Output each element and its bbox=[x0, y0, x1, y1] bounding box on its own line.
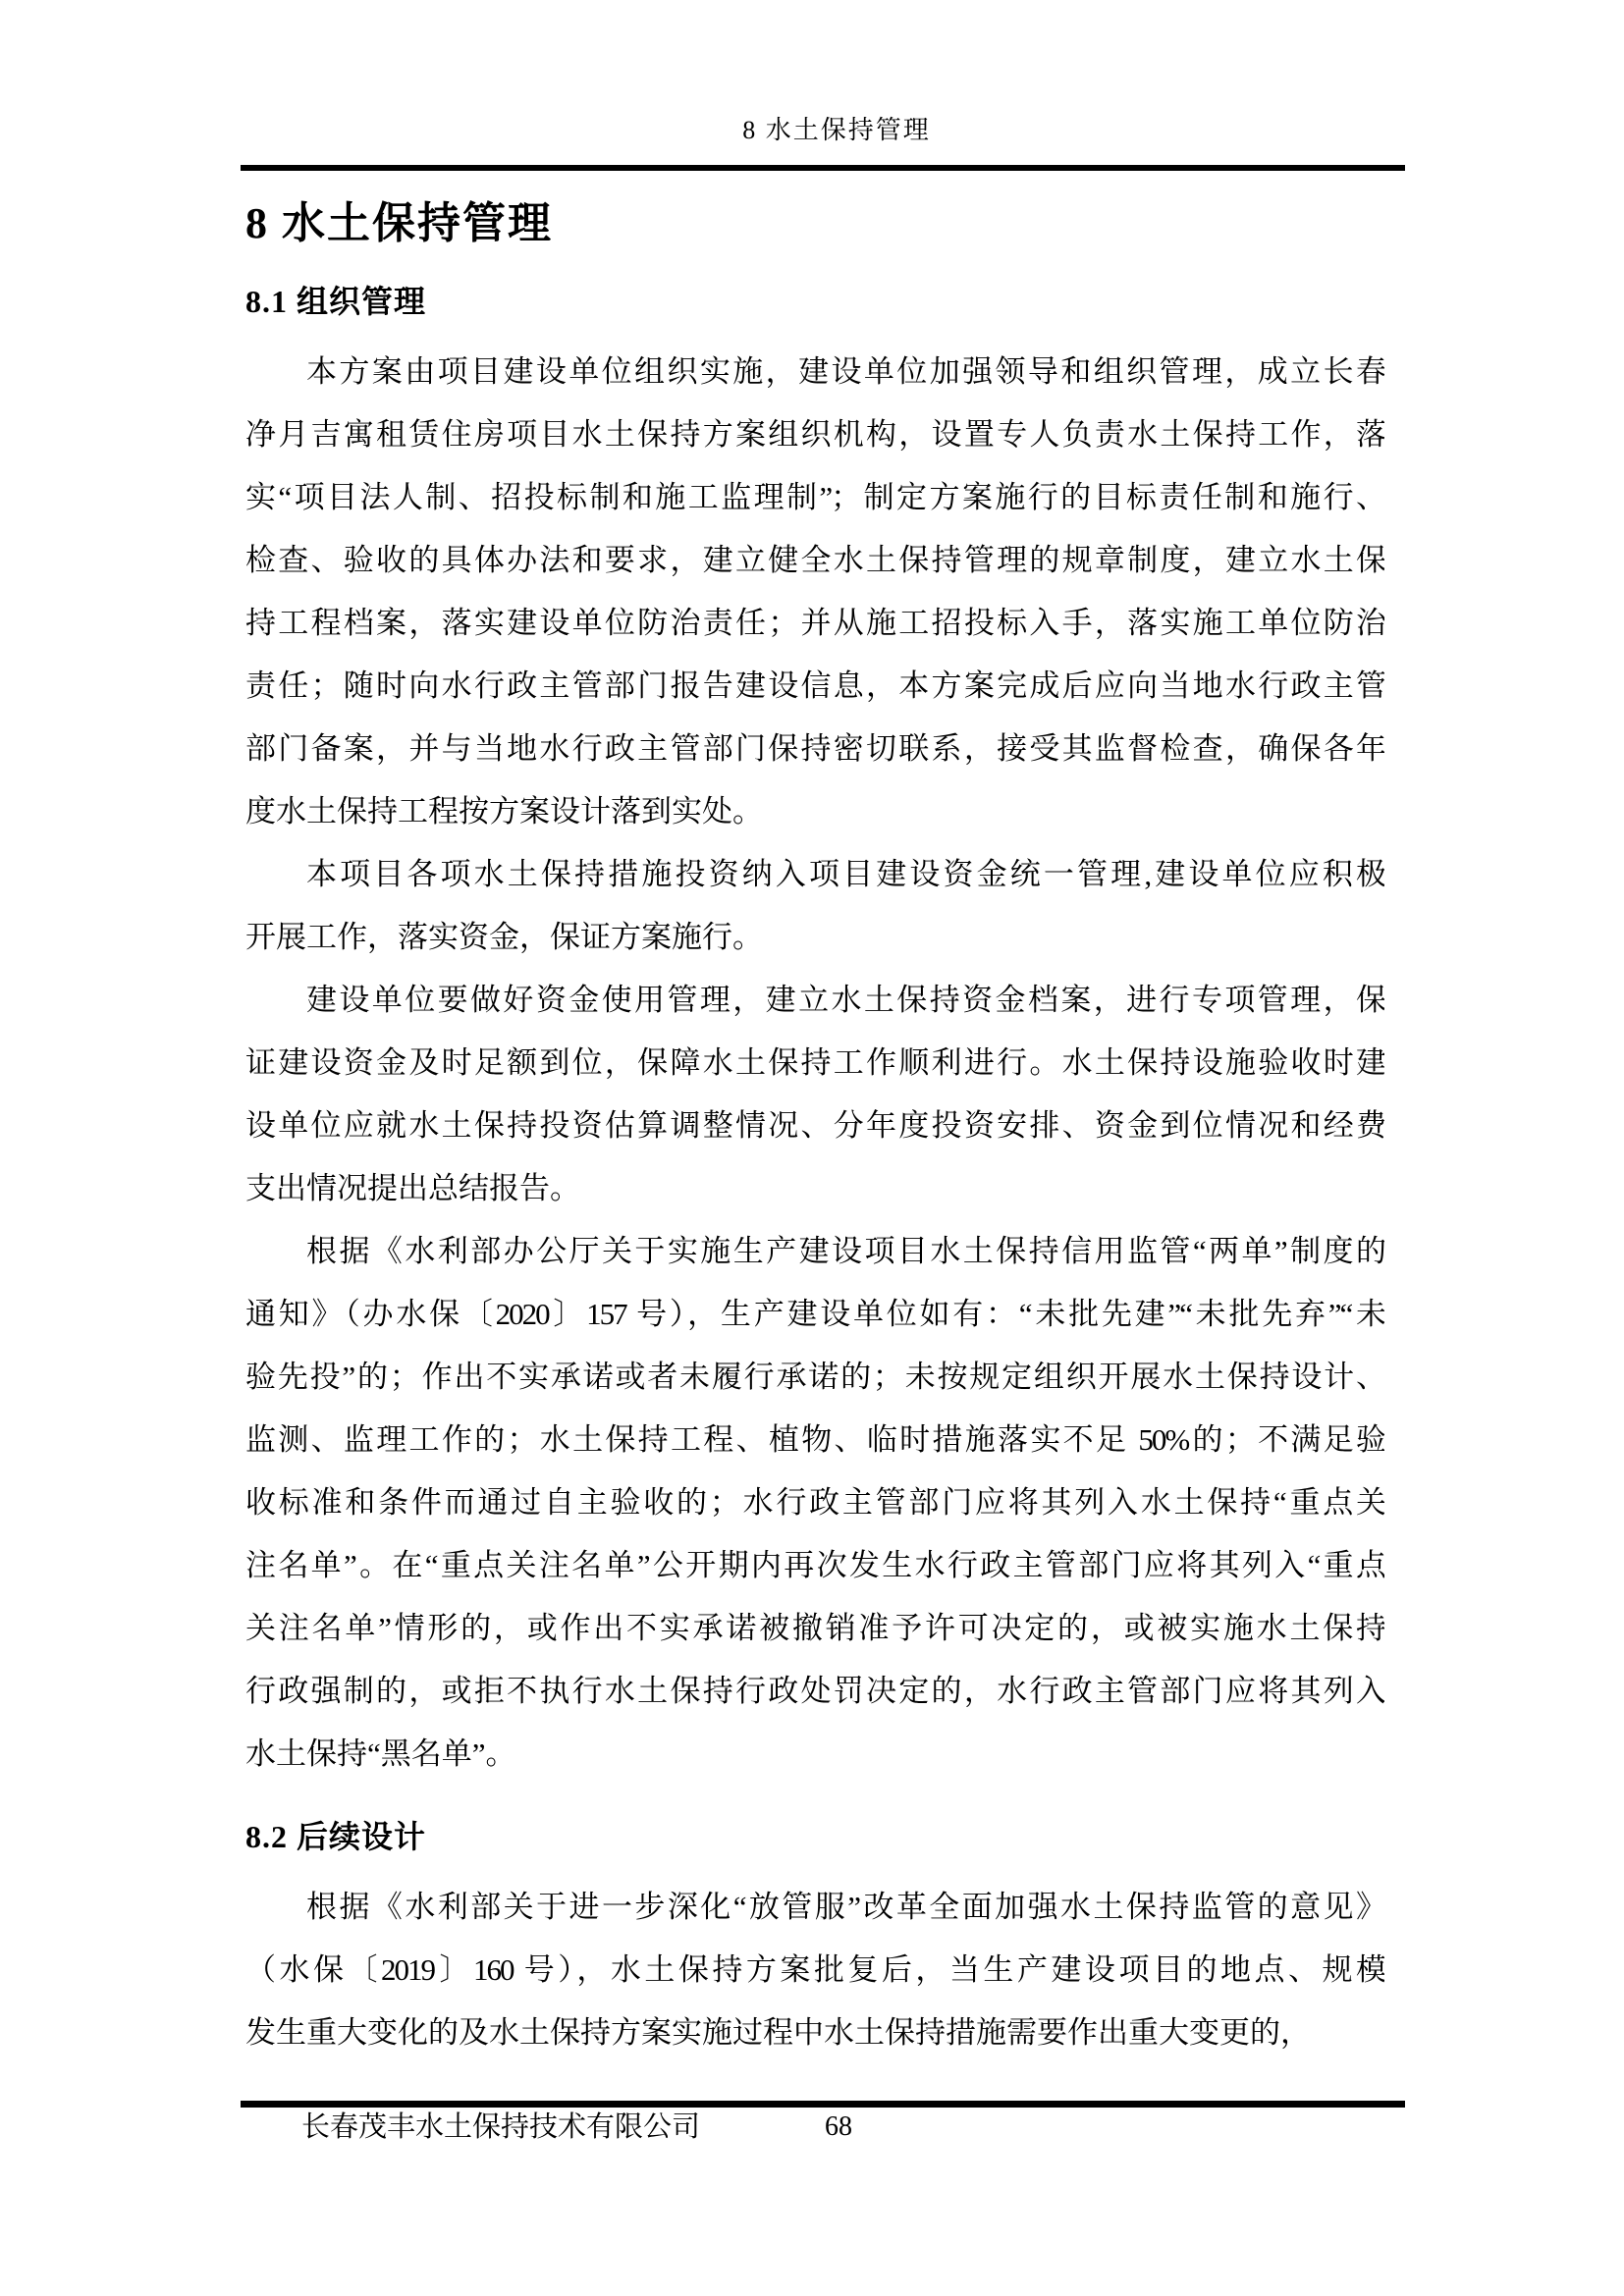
footer-company-name: 长春茂丰水土保持技术有限公司 bbox=[301, 2110, 700, 2144]
footer-page-number: 68 bbox=[825, 2110, 852, 2144]
text-line: 部门备案，并与当地水行政主管部门保持密切联系，接受其监督检查，确保各年 bbox=[245, 718, 1384, 780]
text-line: 净月吉寓租赁住房项目水土保持方案组织机构，设置专人负责水土保持工作，落 bbox=[245, 403, 1384, 466]
page-header: 8 水土保持管理 bbox=[25, 114, 1624, 147]
text-line: 设单位应就水土保持投资估算调整情况、分年度投资安排、资金到位情况和经费 bbox=[245, 1095, 1384, 1157]
text-line: 实“项目法人制、招投标制和施工监理制”；制定方案施行的目标责任制和施行、 bbox=[245, 466, 1384, 529]
text-line: 责任；随时向水行政主管部门报告建设信息，本方案完成后应向当地水行政主管 bbox=[245, 655, 1384, 718]
document-page: 8 水土保持管理 8 水土保持管理 8.1 组织管理本方案由项目建设单位组织实施… bbox=[0, 0, 1624, 2296]
paragraph: 根据《水利部关于进一步深化“放管服”改革全面加强水土保持监管的意见》（水保〔20… bbox=[245, 1876, 1384, 2064]
text-line: 注名单”。在“重点关注名单”公开期内再次发生水行政主管部门应将其列入“重点 bbox=[245, 1534, 1384, 1597]
text-line: 开展工作，落实资金，保证方案施行。 bbox=[245, 906, 1384, 969]
text-line: 发生重大变化的及水土保持方案实施过程中水土保持措施需要作出重大变更的， bbox=[245, 2002, 1384, 2064]
text-line: 收标准和条件而通过自主验收的；水行政主管部门应将其列入水土保持“重点关 bbox=[245, 1471, 1384, 1534]
text-line: 检查、验收的具体办法和要求，建立健全水土保持管理的规章制度，建立水土保 bbox=[245, 529, 1384, 592]
text-line: 支出情况提出总结报告。 bbox=[245, 1157, 1384, 1220]
text-line: 根据《水利部办公厅关于实施生产建设项目水土保持信用监管“两单”制度的 bbox=[245, 1220, 1384, 1283]
section-heading: 8.1 组织管理 bbox=[245, 278, 1384, 325]
text-line: 水土保持“黑名单”。 bbox=[245, 1723, 1384, 1786]
footer-rule bbox=[241, 2101, 1405, 2108]
text-line: 本方案由项目建设单位组织实施，建设单位加强领导和组织管理，成立长春 bbox=[245, 341, 1384, 403]
text-line: （水保〔2019〕160 号），水土保持方案批复后，当生产建设项目的地点、规模 bbox=[245, 1939, 1384, 2002]
page-title: 8 水土保持管理 bbox=[245, 196, 553, 251]
text-line: 建设单位要做好资金使用管理，建立水土保持资金档案，进行专项管理，保 bbox=[245, 969, 1384, 1032]
text-line: 证建设资金及时足额到位，保障水土保持工作顺利进行。水土保持设施验收时建 bbox=[245, 1032, 1384, 1095]
text-line: 验先投”的；作出不实承诺或者未履行承诺的；未按规定组织开展水土保持设计、 bbox=[245, 1346, 1384, 1409]
paragraph: 根据《水利部办公厅关于实施生产建设项目水土保持信用监管“两单”制度的通知》（办水… bbox=[245, 1220, 1384, 1786]
document-body: 8.1 组织管理本方案由项目建设单位组织实施，建设单位加强领导和组织管理，成立长… bbox=[245, 278, 1384, 2064]
text-line: 行政强制的，或拒不执行水土保持行政处罚决定的，水行政主管部门应将其列入 bbox=[245, 1660, 1384, 1723]
header-rule bbox=[241, 165, 1405, 171]
text-line: 关注名单”情形的，或作出不实承诺被撤销准予许可决定的，或被实施水土保持 bbox=[245, 1597, 1384, 1660]
paragraph: 本方案由项目建设单位组织实施，建设单位加强领导和组织管理，成立长春净月吉寓租赁住… bbox=[245, 341, 1384, 843]
paragraph: 本项目各项水土保持措施投资纳入项目建设资金统一管理,建设单位应积极开展工作，落实… bbox=[245, 843, 1384, 969]
text-line: 本项目各项水土保持措施投资纳入项目建设资金统一管理,建设单位应积极 bbox=[245, 843, 1384, 906]
text-line: 度水土保持工程按方案设计落到实处。 bbox=[245, 780, 1384, 843]
text-line: 持工程档案，落实建设单位防治责任；并从施工招投标入手，落实施工单位防治 bbox=[245, 592, 1384, 655]
section-heading: 8.2 后续设计 bbox=[245, 1813, 1384, 1860]
text-line: 根据《水利部关于进一步深化“放管服”改革全面加强水土保持监管的意见》 bbox=[245, 1876, 1384, 1939]
text-line: 监测、监理工作的；水土保持工程、植物、临时措施落实不足 50%的；不满足验 bbox=[245, 1409, 1384, 1471]
text-line: 通知》（办水保〔2020〕157 号），生产建设单位如有：“未批先建”“未批先弃… bbox=[245, 1283, 1384, 1346]
paragraph: 建设单位要做好资金使用管理，建立水土保持资金档案，进行专项管理，保证建设资金及时… bbox=[245, 969, 1384, 1220]
